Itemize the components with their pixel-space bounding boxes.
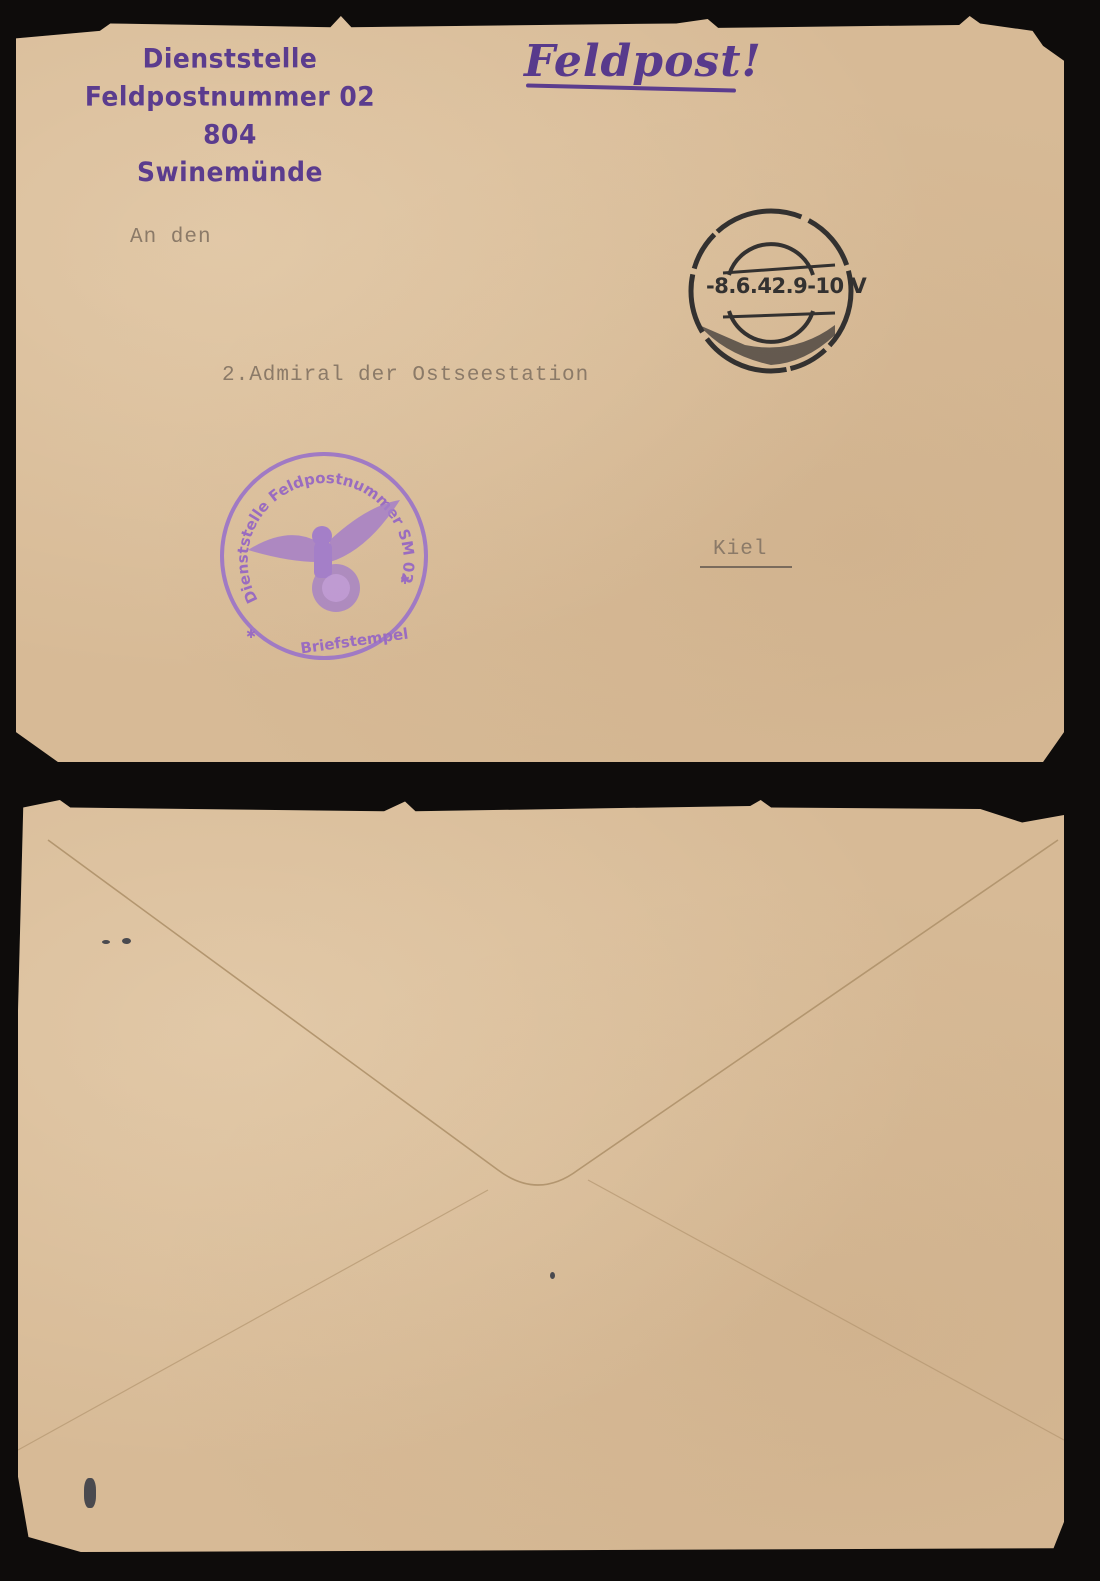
sender-line-3: Swinemünde (70, 154, 390, 192)
ink-speck (122, 938, 131, 944)
ink-smudge (84, 1478, 96, 1508)
feldpost-stamp: Feldpost! (524, 36, 762, 87)
postmark-date: -8.6.42.9-10 V (706, 274, 866, 298)
svg-text:✱: ✱ (400, 573, 410, 587)
envelope-flap-folds (18, 800, 1064, 1552)
address-recipient: 2.Admiral der Ostseestation (222, 364, 589, 387)
sender-line-1: Dienststelle (70, 40, 390, 78)
address-salutation: An den (130, 226, 212, 249)
ink-speck (550, 1272, 555, 1279)
city-underline (700, 566, 792, 568)
sender-stamp: Dienststelle Feldpostnummer 02 804 Swine… (70, 40, 390, 191)
address-city: Kiel (713, 538, 767, 561)
sender-line-2: Feldpostnummer 02 804 (70, 78, 390, 154)
ink-speck (102, 940, 110, 944)
envelope-scan: Dienststelle Feldpostnummer 02 804 Swine… (0, 0, 1100, 1581)
svg-text:✱: ✱ (246, 627, 256, 641)
